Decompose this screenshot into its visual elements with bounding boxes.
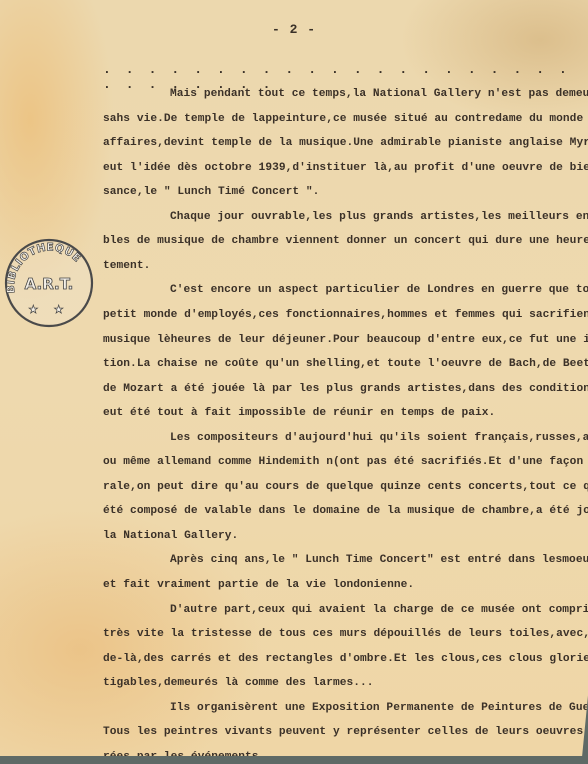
text-line: Mais pendant tout ce temps,la National G… (170, 84, 588, 104)
text-line: tement. (103, 256, 150, 276)
text-line: Chaque jour ouvrable,les plus grands art… (170, 207, 588, 227)
text-line: tion.La chaise ne coûte qu'un shelling,e… (103, 354, 588, 374)
text-line: sance,le " Lunch Timé Concert ". (103, 182, 319, 202)
svg-text:★ ★: ★ ★ (28, 303, 69, 316)
text-line: été composé de valable dans le domaine d… (103, 501, 588, 521)
library-stamp-icon: BIBLIOTHEQUE A.R.T. ★ ★ (3, 237, 95, 329)
text-line: et fait vraiment partie de la vie london… (103, 575, 414, 595)
page-number: - 2 - (0, 22, 588, 37)
text-line: musique lèheures de leur déjeuner.Pour b… (103, 330, 588, 350)
text-line: tigables,demeurés là comme des larmes... (103, 673, 374, 693)
text-line: D'autre part,ceux qui avaient la charge … (170, 600, 588, 620)
text-line: Après cinq ans,le " Lunch Time Concert" … (170, 550, 588, 570)
text-line: rale,on peut dire qu'au cours de quelque… (103, 477, 588, 497)
text-line: Ils organisèrent une Exposition Permanen… (170, 698, 588, 718)
text-line: de-là,des carrés et des rectangles d'omb… (103, 649, 588, 669)
text-line: la National Gallery. (103, 526, 238, 546)
text-line: de Mozart a été jouée là par les plus gr… (103, 379, 588, 399)
text-line: Les compositeurs d'aujourd'hui qu'ils so… (170, 428, 588, 448)
text-line: très vite la tristesse de tous ces murs … (103, 624, 588, 644)
text-line: sahs vie.De temple de lappeinture,ce mus… (103, 109, 588, 129)
text-line: rées par les événements. (103, 747, 265, 764)
text-line: C'est encore un aspect particulier de Lo… (170, 280, 588, 300)
text-line: petit monde d'employés,ces fonctionnaire… (103, 305, 588, 325)
text-line: ou même allemand comme Hindemith n(ont p… (103, 452, 588, 472)
text-line: eut l'idée dès octobre 1939,d'instituer … (103, 158, 588, 178)
text-line: eut été tout à fait impossible de réunir… (103, 403, 495, 423)
text-line: Tous les peintres vivants peuvent y repr… (103, 722, 588, 742)
text-line: affaires,devint temple de la musique.Une… (103, 133, 588, 153)
text-line: bles de musique de chambre viennent donn… (103, 231, 588, 251)
stamp-center-text: A.R.T. (25, 275, 74, 293)
typewritten-page: - 2 - . . . . . . . . . . . . . . . . . … (0, 0, 588, 756)
